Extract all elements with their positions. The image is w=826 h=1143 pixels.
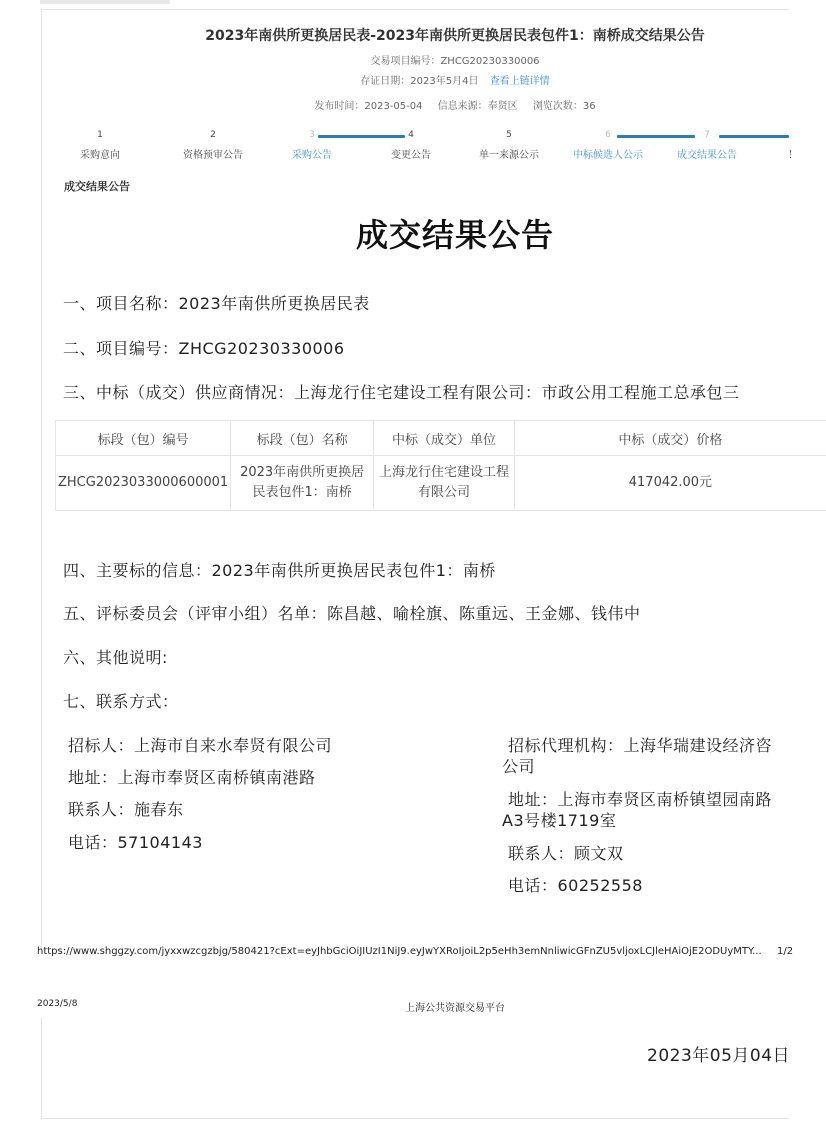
signature-date: 2023年05月04日	[647, 1041, 790, 1066]
item-project-code: 二、项目编号：ZHCG20230330006	[63, 336, 345, 359]
item-other-notes: 六、其他说明:	[63, 645, 168, 668]
cert-date-row: 存证日期：2023年5月4日 查看上链详情	[0, 72, 826, 87]
agency-name: 招标代理机构：上海华瑞建设经济咨	[508, 733, 789, 756]
step-3[interactable]: 3 采购公告	[267, 128, 357, 161]
site-name: 上海公共资源交易平台	[0, 999, 826, 1014]
process-steps: 1 采购意向 2 资格预审公告 3 采购公告 4 变更公告 5 单一来源公示 6…	[40, 128, 826, 168]
table-row: ZHCG2023033000600001 2023年南供所更换居 民表包件1：南…	[56, 456, 826, 511]
cell-lot-code: ZHCG2023033000600001	[56, 456, 231, 511]
announcement-title: 2023年南供所更换居民表-2023年南供所更换居民表包件1：南桥成交结果公告	[0, 25, 826, 45]
section-label: 成交结果公告	[64, 178, 130, 194]
step-label: 单一来源公示	[464, 146, 554, 161]
step-label: 中标候选人公示	[563, 146, 653, 161]
tenderer-name: 招标人：上海市自来水奉贤有限公司	[68, 733, 332, 756]
item-main-subject: 四、主要标的信息：2023年南供所更换居民表包件1：南桥	[63, 558, 496, 581]
document-title: 成交结果公告	[0, 210, 826, 256]
col-header-lot-code: 标段（包）编号	[56, 421, 231, 456]
step-4[interactable]: 4 变更公告	[366, 128, 456, 161]
col-header-price: 中标（成交）价格	[514, 421, 826, 456]
agency-address: 地址：上海市奉贤区南桥镇望园南路	[508, 787, 789, 810]
tenderer-contact-person: 联系人：施春东	[68, 797, 184, 820]
step-5[interactable]: 5 单一来源公示	[464, 128, 554, 161]
table-header-row: 标段（包）编号 标段（包）名称 中标（成交）单位 中标（成交）价格	[56, 421, 826, 456]
info-source: 信息来源：奉贤区	[438, 101, 518, 112]
publish-info-row: 发布时间：2023-05-04 信息来源：奉贤区 浏览次数：36	[0, 97, 826, 112]
step-1[interactable]: 1 采购意向	[55, 128, 145, 161]
step-2[interactable]: 2 资格预审公告	[168, 128, 258, 161]
step-8[interactable]: ！	[783, 128, 803, 161]
item-project-name: 一、项目名称：2023年南供所更换居民表	[63, 291, 370, 314]
cell-lot-name: 2023年南供所更换居 民表包件1：南桥	[231, 456, 374, 511]
agency-address-cont: A3号楼1719室	[502, 808, 616, 831]
publish-time: 发布时间：2023-05-04	[314, 101, 422, 112]
col-header-winner: 中标（成交）单位	[374, 421, 515, 456]
item-committee: 五、评标委员会（评审小组）名单：陈昌越、喻栓旗、陈重远、王金娜、钱伟中	[63, 601, 641, 624]
item-contact-heading: 七、联系方式：	[63, 689, 179, 712]
step-7[interactable]: 7 成交结果公告	[662, 128, 752, 161]
print-url: https://www.shggzy.com/jyxxwzcgzbjg/5804…	[37, 946, 762, 957]
agency-name-cont: 公司	[502, 754, 535, 777]
agency-phone: 电话：60252558	[508, 873, 643, 896]
tenderer-phone: 电话：57104143	[68, 830, 203, 853]
page-number: 1/2	[777, 946, 793, 957]
view-count: 浏览次数：36	[533, 101, 596, 112]
result-table: 标段（包）编号 标段（包）名称 中标（成交）单位 中标（成交）价格 ZHCG20…	[55, 420, 826, 511]
project-code: 交易项目编号：ZHCG20230330006	[0, 52, 826, 67]
step-6[interactable]: 6 中标候选人公示	[563, 128, 653, 161]
agency-contact-person: 联系人：顾文双	[508, 841, 624, 864]
page-card-continued	[41, 1018, 789, 1119]
step-label: ！	[783, 146, 803, 161]
item-supplier: 三、中标（成交）供应商情况：上海龙行住宅建设工程有限公司：市政公用工程施工总承包…	[63, 380, 789, 403]
view-chain-details-link[interactable]: 查看上链详情	[490, 76, 550, 87]
cell-winner: 上海龙行住宅建设工程 有限公司	[374, 456, 515, 511]
col-header-lot-name: 标段（包）名称	[231, 421, 374, 456]
step-label: 采购公告	[267, 146, 357, 161]
top-edge-strip	[40, 0, 170, 4]
step-label: 资格预审公告	[168, 146, 258, 161]
step-label: 采购意向	[55, 146, 145, 161]
cell-price: 417042.00元	[514, 456, 826, 511]
step-label: 成交结果公告	[662, 146, 752, 161]
cert-date: 存证日期：2023年5月4日	[360, 76, 478, 87]
step-label: 变更公告	[366, 146, 456, 161]
tenderer-address: 地址：上海市奉贤区南桥镇南港路	[68, 765, 316, 788]
